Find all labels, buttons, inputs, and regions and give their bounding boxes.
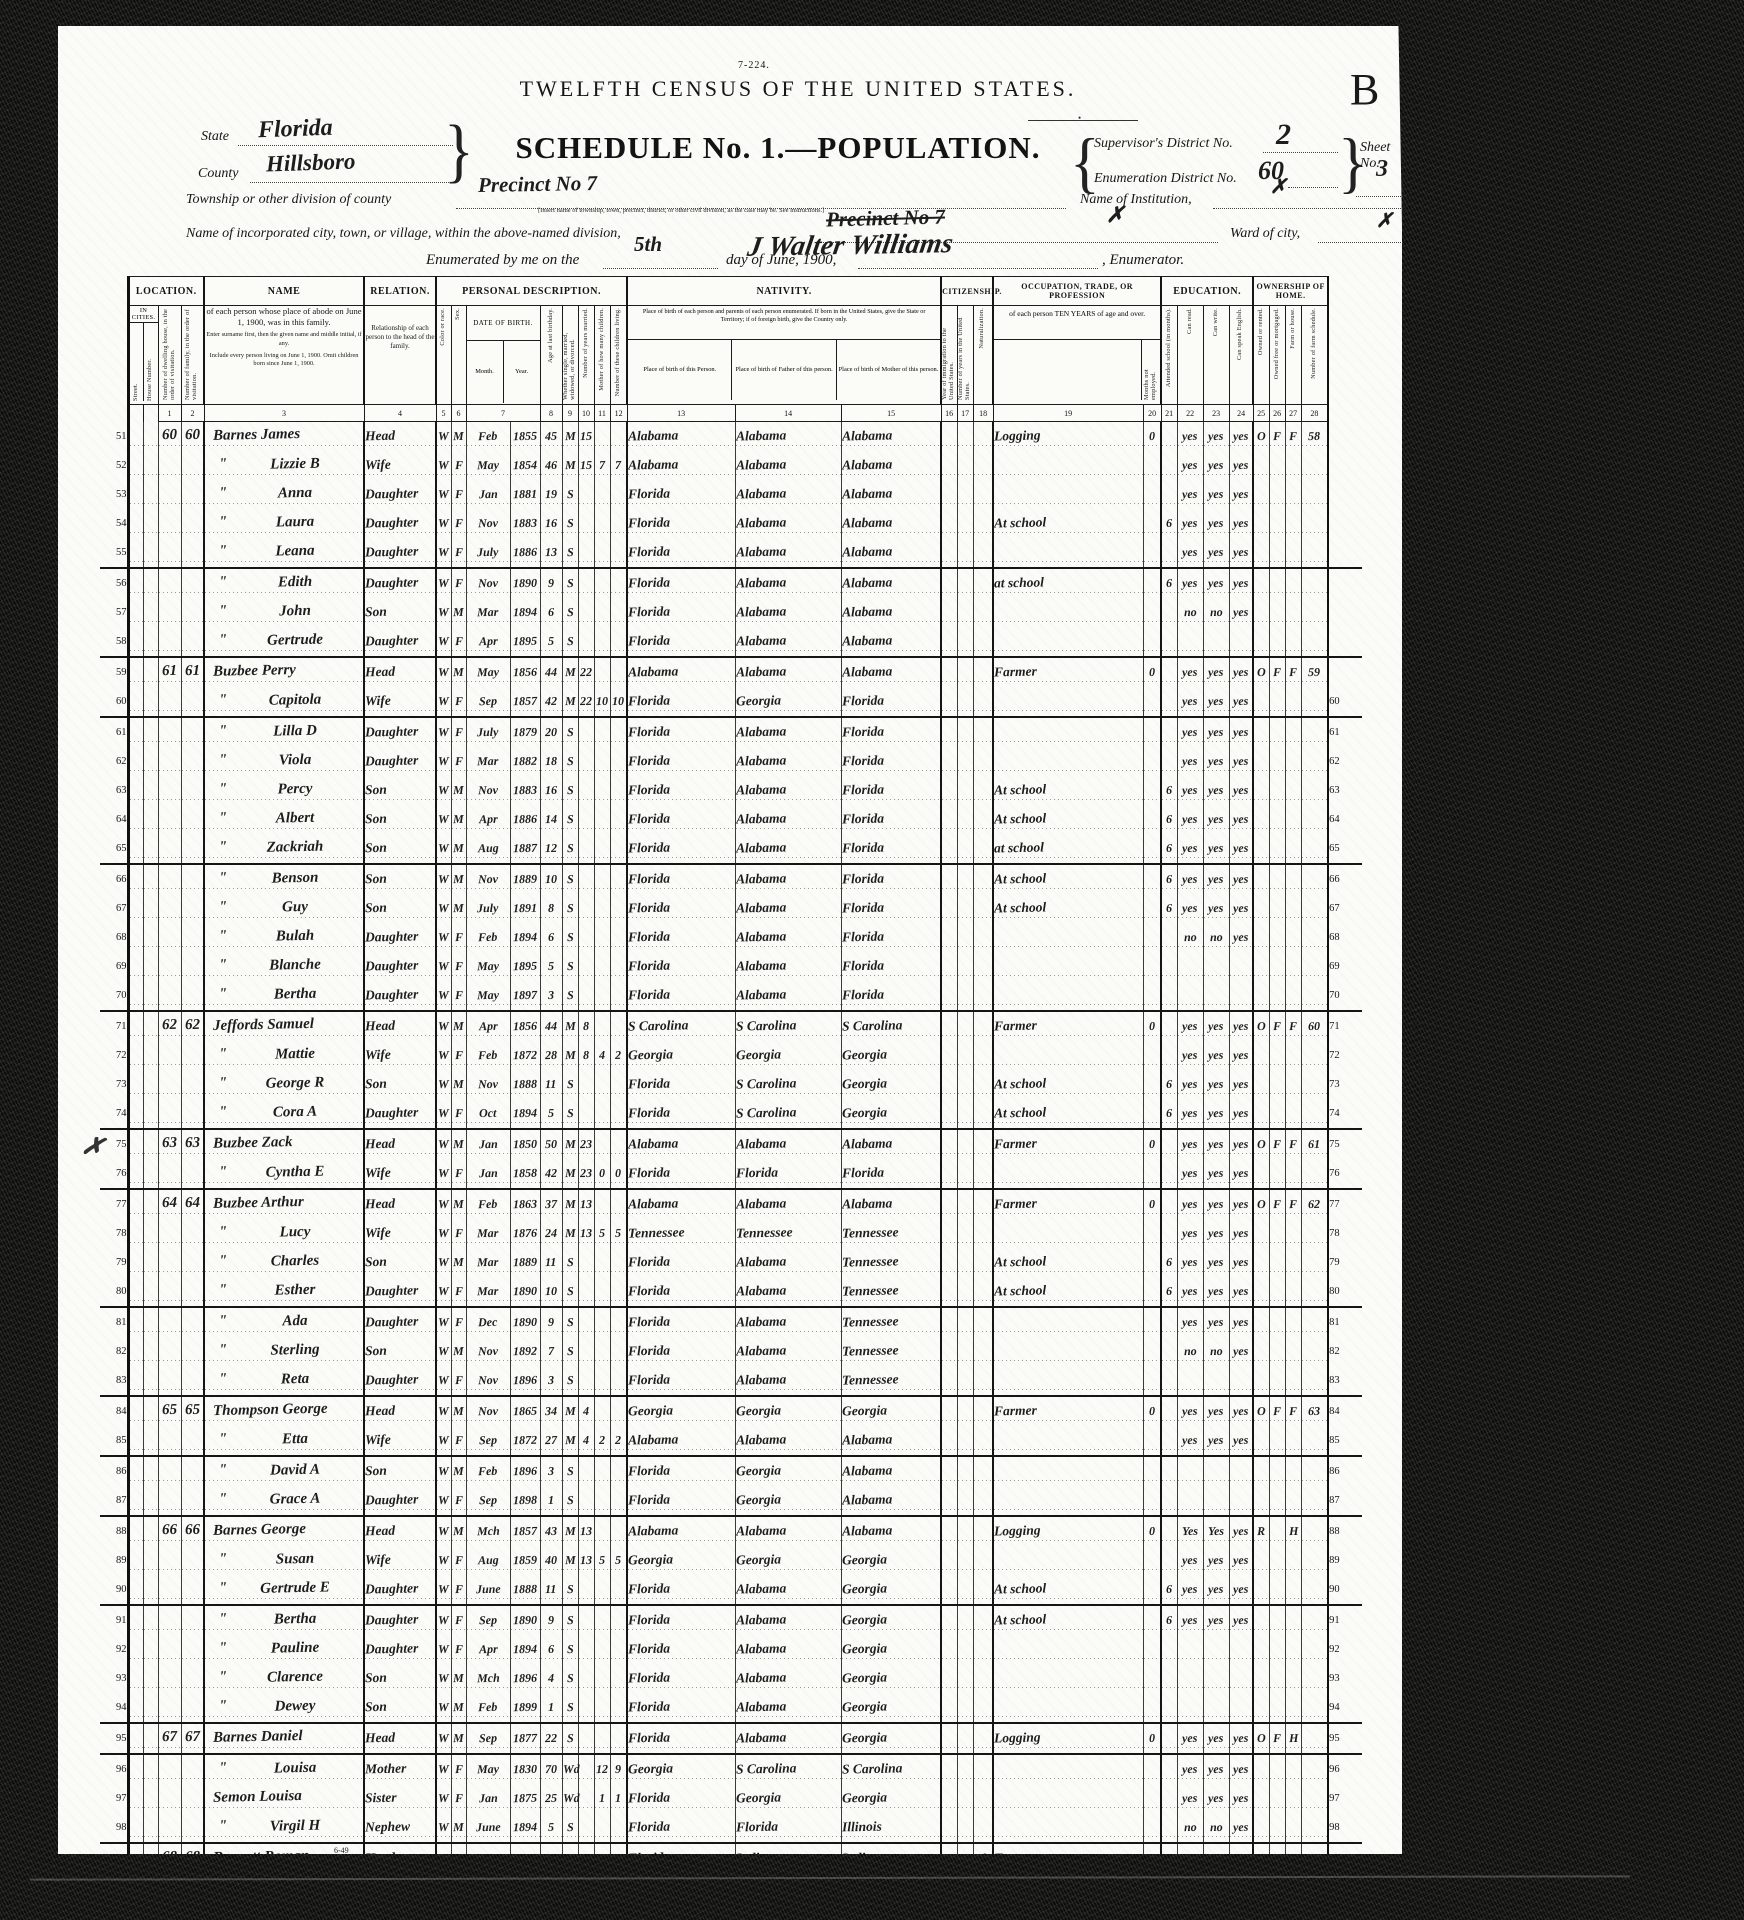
- cell-house-number: [143, 952, 158, 981]
- cell-relation: Son: [364, 834, 436, 864]
- cell-can-speak-english-value: yes: [1233, 1612, 1249, 1627]
- cell-farm-house: [1285, 894, 1301, 923]
- cell-children-living-value: 1: [615, 1790, 621, 1805]
- cell-color-race-value: W: [438, 1283, 449, 1298]
- cell-house-number: [143, 509, 158, 538]
- cell-owned-rented-value: O: [1257, 1196, 1266, 1211]
- cell-can-read-value: yes: [1182, 1105, 1198, 1120]
- cell-name: "Mattie: [204, 1041, 364, 1070]
- cell-sex-value: M: [453, 1730, 464, 1745]
- cell-relation-value: Son: [365, 810, 387, 826]
- cell-dwelling-number: [158, 864, 181, 894]
- supervisor-district-line: [1263, 136, 1338, 153]
- cell-occupation-value: at school: [994, 839, 1044, 856]
- cell-can-write-value: no: [1210, 929, 1223, 944]
- cell-birthplace-value: Florida: [628, 1313, 670, 1330]
- cell-name: "Edith: [204, 568, 364, 598]
- cell-color-race: W: [436, 1426, 451, 1456]
- cell-can-write: yes: [1203, 834, 1229, 864]
- cell-sex-value: F: [454, 1432, 462, 1447]
- cell-birth-month-value: Feb: [478, 1196, 498, 1211]
- cell-relation-value: Son: [365, 603, 387, 619]
- cell-immigration-year: [941, 952, 957, 981]
- cell-name: "Bertha: [204, 1605, 364, 1635]
- cell-years-in-us: [957, 864, 973, 894]
- cell-birth-month: Nov: [466, 1366, 510, 1396]
- cell-street: [128, 1575, 143, 1605]
- cell-relation-value: Daughter: [365, 574, 419, 591]
- cell-months-unemployed: [1143, 747, 1161, 776]
- cell-birth-month: July: [466, 894, 510, 923]
- cell-birth-month-value: Jan: [479, 1790, 498, 1805]
- cell-birth-year-value: 1897: [513, 987, 537, 1002]
- cell-immigration-year: [941, 1723, 957, 1754]
- cell-years-married: [578, 1456, 594, 1486]
- cell-owned-rented: [1253, 627, 1269, 657]
- cell-marital-status: M: [562, 1516, 578, 1546]
- cell-street: [128, 864, 143, 894]
- cell-birth-year: 1899: [510, 1693, 540, 1723]
- cell-birth-year: 1886: [510, 805, 540, 834]
- cell-years-married-value: 13: [580, 1196, 592, 1211]
- city-label: Name of incorporated city, town, or vill…: [186, 226, 621, 242]
- cell-marital-status-value: M: [565, 428, 576, 443]
- column-number: 21: [1161, 405, 1177, 422]
- cell-age-value: 46: [545, 457, 557, 472]
- line-number-right: 95: [1328, 1723, 1362, 1754]
- cell-dwelling-number: [158, 1546, 181, 1575]
- cell-color-race-value: W: [438, 987, 449, 1002]
- cell-father-birthplace-value: Alabama: [735, 574, 786, 591]
- cell-sex-value: F: [454, 1283, 462, 1298]
- cell-birthplace: Georgia: [627, 1396, 735, 1426]
- cell-sex-value: M: [453, 1254, 464, 1269]
- column-number: 5: [436, 405, 451, 422]
- cell-can-speak-english: yes: [1229, 747, 1253, 776]
- cell-sex: F: [451, 952, 466, 981]
- cell-sex-value: F: [454, 1761, 462, 1776]
- cell-birth-year-value: 1857: [513, 1523, 537, 1538]
- cell-months-unemployed: [1143, 1546, 1161, 1575]
- cell-birth-year: 1886: [510, 538, 540, 568]
- cell-school-months: 6: [1161, 1099, 1177, 1129]
- cell-months-unemployed: [1143, 687, 1161, 717]
- cell-can-speak-english-value: yes: [1233, 1523, 1249, 1538]
- surname-ditto-mark: ": [205, 1760, 241, 1778]
- cell-children-living: 2: [610, 1426, 627, 1456]
- cell-years-in-us: [957, 1189, 973, 1219]
- farm-schedule-column-label: Number of farm schedule.: [1311, 308, 1318, 379]
- cell-children-living: 5: [610, 1546, 627, 1575]
- cell-relation: Head: [364, 657, 436, 687]
- cell-owned-rented: [1253, 1693, 1269, 1723]
- cell-marital-status: Wd: [562, 1784, 578, 1813]
- cell-birthplace: Florida: [627, 776, 735, 805]
- column-number: 4: [364, 405, 436, 422]
- cell-house-number: [143, 1813, 158, 1843]
- cell-farm-schedule: [1301, 776, 1328, 805]
- cell-sex: M: [451, 1456, 466, 1486]
- cell-father-birthplace: Alabama: [735, 657, 841, 687]
- cell-school-months: [1161, 627, 1177, 657]
- cell-years-in-us: [957, 451, 973, 480]
- cell-occupation: At school: [993, 1248, 1143, 1277]
- cell-can-speak-english: yes: [1229, 1575, 1253, 1605]
- cell-color-race-value: W: [438, 1314, 449, 1329]
- cell-street: [128, 1366, 143, 1396]
- cell-house-number: [143, 776, 158, 805]
- cell-farm-house: [1285, 1307, 1301, 1337]
- cell-years-in-us: [957, 952, 973, 981]
- cell-can-read-value: yes: [1182, 840, 1198, 855]
- cell-dwelling-number: [158, 981, 181, 1011]
- cell-father-birthplace: Georgia: [735, 687, 841, 717]
- cell-can-write-value: yes: [1208, 544, 1224, 559]
- cell-can-read-value: yes: [1182, 1196, 1198, 1211]
- cell-birth-year: 1890: [510, 1605, 540, 1635]
- column-number: 18: [973, 405, 993, 422]
- cell-color-race-value: W: [438, 1699, 449, 1714]
- line-number-left: 82: [100, 1337, 128, 1366]
- cell-farm-schedule: [1301, 480, 1328, 509]
- cell-birth-month: Sep: [466, 1723, 510, 1754]
- cell-years-married: [578, 1366, 594, 1396]
- cell-children-living: 0: [610, 1159, 627, 1189]
- cell-mother-of-children: 4: [594, 1041, 610, 1070]
- cell-mother-of-children: [594, 1366, 610, 1396]
- cell-street: [128, 952, 143, 981]
- cell-occupation: [993, 1784, 1143, 1813]
- cell-birth-month: May: [466, 981, 510, 1011]
- cell-marital-status: S: [562, 776, 578, 805]
- cell-occupation-value: Farmer: [994, 663, 1037, 680]
- column-number: 26: [1269, 405, 1285, 422]
- cell-dwelling-number: [158, 1784, 181, 1813]
- cell-marital-status-value: Wd: [562, 1790, 579, 1805]
- cell-can-read-value: yes: [1182, 1076, 1198, 1091]
- cell-occupation: [993, 952, 1143, 981]
- cell-free-mortgaged: [1269, 538, 1285, 568]
- cell-mother-of-children: [594, 894, 610, 923]
- cell-birth-month: Mar: [466, 747, 510, 776]
- cell-birth-year: 1894: [510, 923, 540, 952]
- cell-birth-month: Nov: [466, 568, 510, 598]
- cell-street: [128, 1189, 143, 1219]
- cell-birth-month-value: Dec: [478, 1314, 498, 1329]
- cell-relation-value: Son: [365, 870, 387, 886]
- cell-sex: M: [451, 1396, 466, 1426]
- cell-mother-of-children: [594, 1099, 610, 1129]
- cell-farm-schedule: 58: [1301, 422, 1328, 452]
- cell-age-value: 10: [545, 1283, 557, 1298]
- cell-owned-rented: [1253, 1070, 1269, 1099]
- cell-name: Jeffords Samuel: [204, 1011, 364, 1041]
- cell-birth-month: July: [466, 717, 510, 747]
- cell-marital-status: S: [562, 1575, 578, 1605]
- cell-father-birthplace: Florida: [735, 1159, 841, 1189]
- cell-children-living: [610, 894, 627, 923]
- cell-children-living-value: 2: [615, 1432, 621, 1447]
- cell-sex-value: M: [453, 1343, 464, 1358]
- cell-occupation-value: At school: [994, 1282, 1046, 1299]
- cell-months-unemployed: [1143, 894, 1161, 923]
- cell-immigration-year: [941, 1546, 957, 1575]
- column-number: 23: [1203, 405, 1229, 422]
- cell-birth-month: Oct: [466, 1099, 510, 1129]
- cell-birth-year: 1857: [510, 687, 540, 717]
- cell-age-value: 6: [548, 1641, 554, 1656]
- cell-school-months: 6: [1161, 1277, 1177, 1307]
- cell-years-married: [578, 805, 594, 834]
- cell-name: "Viola: [204, 747, 364, 776]
- cell-can-read: yes: [1177, 1099, 1203, 1129]
- cell-farm-schedule: [1301, 1605, 1328, 1635]
- cell-relation-value: Daughter: [365, 1580, 419, 1597]
- cell-farm-schedule: [1301, 687, 1328, 717]
- cell-can-read: yes: [1177, 480, 1203, 509]
- cell-street: [128, 627, 143, 657]
- cell-can-speak-english: yes: [1229, 894, 1253, 923]
- cell-dwelling-number: [158, 627, 181, 657]
- table-row: 68"BulahDaughterWFFeb18946SFloridaAlabam…: [100, 923, 1362, 952]
- cell-father-birthplace-value: Alabama: [735, 1313, 786, 1330]
- line-number-left: 91: [100, 1605, 128, 1635]
- cell-street: [128, 1337, 143, 1366]
- column-number: 6: [451, 405, 466, 422]
- cell-birth-month-value: Feb: [478, 929, 498, 944]
- cell-years-in-us: [957, 687, 973, 717]
- given-name: John: [241, 602, 363, 622]
- cell-immigration-year: [941, 834, 957, 864]
- cell-mother-birthplace-value: Georgia: [841, 1611, 886, 1628]
- cell-color-race-value: W: [438, 1641, 449, 1656]
- table-row: 96"LouisaMotherWFMay183070Wd129GeorgiaS …: [100, 1754, 1362, 1784]
- cell-years-in-us: [957, 1307, 973, 1337]
- cell-occupation: [993, 717, 1143, 747]
- cell-house-number: [143, 538, 158, 568]
- cell-can-write-value: yes: [1208, 1790, 1224, 1805]
- cell-free-mortgaged: [1269, 1219, 1285, 1248]
- table-row: 98"Virgil HNephewWMJune18945SFloridaFlor…: [100, 1813, 1362, 1843]
- cell-can-write: yes: [1203, 1307, 1229, 1337]
- cell-can-read-value: yes: [1182, 1761, 1198, 1776]
- cell-father-birthplace: Alabama: [735, 1248, 841, 1277]
- cell-owned-rented: [1253, 923, 1269, 952]
- cell-color-race-value: W: [438, 1670, 449, 1685]
- cell-age-value: 5: [548, 1105, 554, 1120]
- cell-marital-status: S: [562, 864, 578, 894]
- cell-father-birthplace-value: Alabama: [735, 543, 786, 560]
- cell-birthplace: Alabama: [627, 422, 735, 452]
- cell-color-race-value: W: [438, 544, 449, 559]
- cell-age-value: 42: [545, 693, 557, 708]
- cell-free-mortgaged: [1269, 834, 1285, 864]
- cell-farm-schedule: [1301, 747, 1328, 776]
- cell-owned-rented-value: R: [1257, 1523, 1265, 1538]
- cell-age-value: 44: [545, 664, 557, 679]
- cell-mother-birthplace: S Carolina: [841, 1011, 941, 1041]
- cell-birthplace-value: Florida: [628, 752, 670, 769]
- cell-children-living: [610, 1516, 627, 1546]
- cell-free-mortgaged: [1269, 568, 1285, 598]
- cell-birth-month: Feb: [466, 422, 510, 452]
- cell-free-mortgaged: F: [1269, 657, 1285, 687]
- cell-age-value: 11: [545, 1254, 557, 1269]
- cell-farm-schedule: [1301, 952, 1328, 981]
- cell-birth-year-value: 1889: [513, 871, 537, 886]
- cell-can-write-value: yes: [1208, 724, 1224, 739]
- cell-age: 44: [540, 657, 562, 687]
- cell-can-write: yes: [1203, 1754, 1229, 1784]
- cell-marital-status-value: S: [567, 724, 574, 739]
- cell-relation-value: Daughter: [365, 986, 419, 1003]
- cell-birth-month: Apr: [466, 805, 510, 834]
- name-column-header: of each person whose place of abode on J…: [204, 306, 364, 405]
- cell-relation: Wife: [364, 687, 436, 717]
- cell-color-race-value: W: [438, 428, 449, 443]
- cell-can-write: yes: [1203, 1011, 1229, 1041]
- line-number-right: 88: [1328, 1516, 1362, 1546]
- cell-school-months: [1161, 1486, 1177, 1516]
- cell-school-months: [1161, 717, 1177, 747]
- cell-age: 37: [540, 1189, 562, 1219]
- cell-can-write: yes: [1203, 568, 1229, 598]
- cell-can-read-value: yes: [1182, 1403, 1198, 1418]
- cell-owned-rented: O: [1253, 1396, 1269, 1426]
- cell-birth-month: Nov: [466, 509, 510, 538]
- cell-name: "Albert: [204, 805, 364, 834]
- enumerator-label: , Enumerator.: [1102, 252, 1184, 269]
- line-number-right: 60: [1328, 687, 1362, 717]
- cell-dwelling-number: [158, 1456, 181, 1486]
- line-number-right: [1328, 627, 1362, 657]
- institution-label: Name of Institution,: [1080, 192, 1192, 208]
- cell-can-speak-english: [1229, 1366, 1253, 1396]
- column-number: 24: [1229, 405, 1253, 422]
- cell-age-value: 19: [545, 486, 557, 501]
- cell-months-unemployed: [1143, 1575, 1161, 1605]
- full-name: Buzbee Perry: [205, 662, 296, 681]
- cell-birthplace: Alabama: [627, 1129, 735, 1159]
- cell-street: [128, 1664, 143, 1693]
- cell-sex-value: F: [454, 486, 462, 501]
- cell-birthplace-value: Florida: [628, 485, 670, 502]
- cell-occupation: [993, 627, 1143, 657]
- cell-can-speak-english: yes: [1229, 1723, 1253, 1754]
- table-header: LOCATION. NAME RELATION. PERSONAL DESCRI…: [100, 277, 1362, 422]
- cell-farm-house: [1285, 1664, 1301, 1693]
- cell-farm-house: F: [1285, 1189, 1301, 1219]
- cell-can-read: [1177, 952, 1203, 981]
- cell-occupation: [993, 1159, 1143, 1189]
- cell-free-mortgaged: [1269, 952, 1285, 981]
- table-row: 65"ZackriahSonWMAug188712SFloridaAlabama…: [100, 834, 1362, 864]
- cell-mother-birthplace: Georgia: [841, 1693, 941, 1723]
- cell-marital-status: M: [562, 1546, 578, 1575]
- cell-farm-house-value: F: [1289, 1018, 1297, 1033]
- cell-free-mortgaged: [1269, 1516, 1285, 1546]
- cell-birth-year-value: 1888: [513, 1076, 537, 1091]
- cell-free-mortgaged: [1269, 1664, 1285, 1693]
- cell-marital-status-value: S: [567, 929, 574, 944]
- cell-can-read: yes: [1177, 894, 1203, 923]
- cell-occupation: At school: [993, 805, 1143, 834]
- cell-naturalization: [973, 1159, 993, 1189]
- cell-birth-month-value: Sep: [479, 1492, 497, 1507]
- cell-street: [128, 717, 143, 747]
- cell-age: 50: [540, 1129, 562, 1159]
- cell-occupation: At school: [993, 1099, 1143, 1129]
- cell-sex-value: F: [454, 724, 462, 739]
- cell-occupation-value: At school: [994, 1611, 1046, 1628]
- cell-school-months: 6: [1161, 568, 1177, 598]
- cell-owned-rented: [1253, 1754, 1269, 1784]
- line-number-left: 61: [100, 717, 128, 747]
- cell-farm-house: [1285, 480, 1301, 509]
- cell-sex: M: [451, 1189, 466, 1219]
- cell-owned-rented: [1253, 1456, 1269, 1486]
- cell-can-read: no: [1177, 1813, 1203, 1843]
- cell-naturalization: [973, 776, 993, 805]
- cell-color-race: W: [436, 538, 451, 568]
- cell-color-race-value: W: [438, 1196, 449, 1211]
- cell-age: 1: [540, 1693, 562, 1723]
- line-number-right: 62: [1328, 747, 1362, 776]
- cell-color-race-value: W: [438, 664, 449, 679]
- cell-mother-of-children: [594, 568, 610, 598]
- table-row: 596161Buzbee PerryHeadWMMay185644M22Alab…: [100, 657, 1362, 687]
- cell-occupation-value: Logging: [994, 1729, 1041, 1746]
- cell-farm-house: H: [1285, 1516, 1301, 1546]
- cell-can-write: no: [1203, 598, 1229, 627]
- cell-can-write-value: yes: [1208, 515, 1224, 530]
- cell-mother-of-children: [594, 1723, 610, 1754]
- cell-name: "David A: [204, 1456, 364, 1486]
- cell-can-write: yes: [1203, 509, 1229, 538]
- cell-birth-month: Aug: [466, 834, 510, 864]
- scan-border-bottom: [0, 1854, 1744, 1920]
- cell-farm-house: F: [1285, 422, 1301, 452]
- line-number-left: 69: [100, 952, 128, 981]
- cell-can-speak-english: yes: [1229, 1129, 1253, 1159]
- cell-immigration-year: [941, 1664, 957, 1693]
- cell-months-unemployed: [1143, 1635, 1161, 1664]
- cell-sex: M: [451, 1723, 466, 1754]
- cell-children-living: [610, 834, 627, 864]
- given-name: Lilla D: [241, 722, 363, 742]
- cell-color-race: W: [436, 1277, 451, 1307]
- enumerator-signature: J Walter Williams: [745, 228, 955, 264]
- line-number-right: 79: [1328, 1248, 1362, 1277]
- cell-father-birthplace: Alabama: [735, 1307, 841, 1337]
- cell-name: "Reta: [204, 1366, 364, 1396]
- cell-age: 9: [540, 1605, 562, 1635]
- cell-relation: Son: [364, 776, 436, 805]
- cell-can-speak-english: yes: [1229, 1546, 1253, 1575]
- cell-can-read: no: [1177, 923, 1203, 952]
- cell-school-months: [1161, 451, 1177, 480]
- cell-school-months: [1161, 1664, 1177, 1693]
- cell-occupation: [993, 1693, 1143, 1723]
- cell-family-number: [181, 1486, 204, 1516]
- cell-can-write-value: yes: [1208, 1730, 1224, 1745]
- cell-mother-birthplace-value: Alabama: [841, 485, 892, 502]
- cell-children-living-value: 10: [612, 693, 624, 708]
- cell-can-speak-english: [1229, 981, 1253, 1011]
- cell-birthplace: Florida: [627, 864, 735, 894]
- cell-can-speak-english: yes: [1229, 1396, 1253, 1426]
- cell-naturalization: [973, 422, 993, 452]
